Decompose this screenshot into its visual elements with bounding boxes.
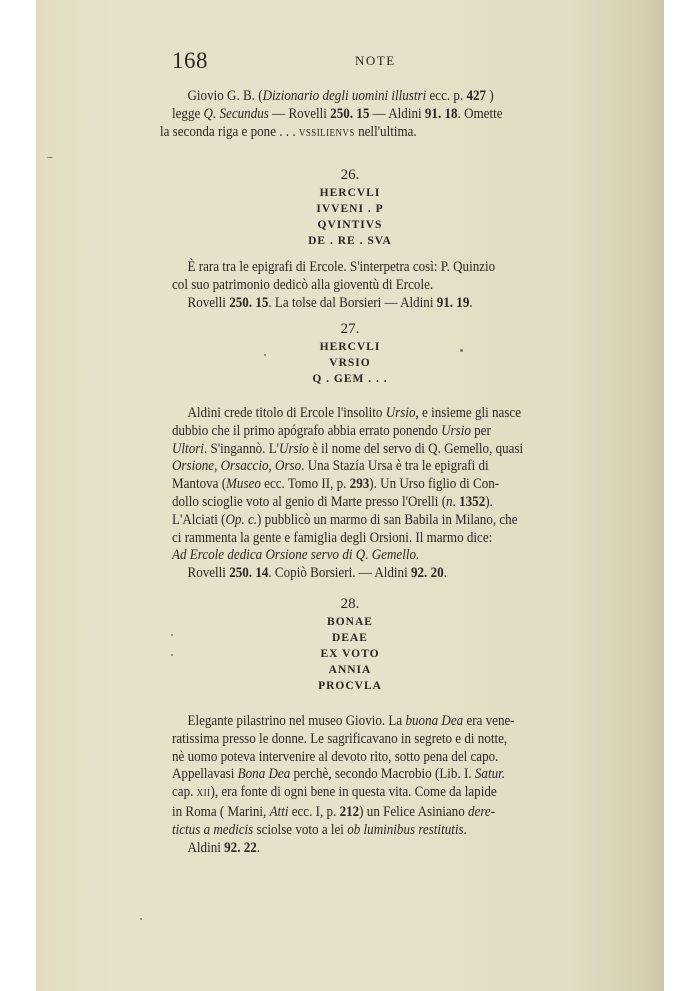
- bold-number: 1352: [459, 493, 485, 510]
- italic-text: buona Dea: [405, 712, 463, 729]
- inscription-26: 26.HERCVLIIVVENI . PQVINTIVSDE . RE . SV…: [0, 166, 700, 249]
- text-line: È rara tra le epigrafi di Ercole. S'inte…: [172, 258, 576, 276]
- text-run: Rovelli: [187, 564, 229, 581]
- text-line: ratissima presso le donne. Le sagrificav…: [172, 730, 576, 748]
- italic-text: ob luminibus restitutis: [347, 821, 463, 838]
- text-run: nè uomo poteva intervenire al devoto rit…: [172, 748, 498, 765]
- text-run: ), era fonte di ogni bene in questa vita…: [210, 783, 496, 800]
- text-run: Rovelli: [187, 294, 229, 311]
- inscription-line: ANNIA: [0, 662, 700, 678]
- italic-text: Atti: [270, 803, 289, 820]
- text-line: Elegante pilastrino nel museo Giovio. La…: [172, 712, 576, 730]
- text-run: .: [469, 294, 472, 311]
- bold-number: 91. 19: [437, 294, 470, 311]
- bold-number: 92. 22: [224, 839, 257, 856]
- text-run: sciolse voto a lei: [253, 821, 347, 838]
- text-run: ecc. p.: [426, 87, 466, 104]
- inscription-line: Q . GEM . . .: [0, 371, 700, 387]
- inscription-number: 26.: [0, 166, 700, 184]
- italic-text: dere-: [468, 803, 495, 820]
- text-line: Rovelli 250. 15. La tolse dal Borsieri —…: [172, 294, 576, 312]
- text-run: per: [471, 422, 491, 439]
- text-run: ecc. Tomo II, p.: [261, 475, 350, 492]
- bold-number: 427: [466, 87, 486, 104]
- text-line: tictus a medicis sciolse voto a lei ob l…: [172, 821, 576, 839]
- text-line: nè uomo poteva intervenire al devoto rit…: [172, 748, 576, 766]
- running-head: NOTE: [355, 53, 396, 69]
- text-run: Aldini: [187, 839, 224, 856]
- text-run: col suo patrimonio dedicò alla gioventù …: [172, 276, 433, 293]
- inscription-line: PROCVLA: [0, 678, 700, 694]
- text-line: Orsione, Orsaccio, Orso. Una Stazía Ursa…: [172, 457, 576, 475]
- text-run: ): [486, 87, 494, 104]
- text-run: .: [257, 839, 260, 856]
- text-run: Aldini crede titolo di Ercole l'insolito: [187, 404, 385, 421]
- text-run: Mantova (: [172, 475, 226, 492]
- bold-number: 293: [350, 475, 370, 492]
- text-run: cap.: [172, 783, 197, 800]
- italic-text: Satur.: [475, 765, 505, 782]
- page-header: 168 NOTE: [172, 48, 642, 78]
- italic-text: Op. c.: [225, 511, 257, 528]
- text-run: legge: [172, 105, 204, 122]
- bold-number: 92. 20: [411, 564, 444, 581]
- text-run: è il nome del servo di Q. Gemello, quasi: [309, 440, 523, 457]
- italic-text: Museo: [226, 475, 261, 492]
- text-line: legge Q. Secundus — Rovelli 250. 15 — Al…: [172, 105, 576, 123]
- inscription-line: IVVENI . P: [0, 201, 700, 217]
- text-line: col suo patrimonio dedicò alla gioventù …: [172, 276, 576, 294]
- text-line: L'Alciati (Op. c.) pubblicò un marmo di …: [172, 511, 576, 529]
- text-line: dubbio che il primo apógrafo abbia errat…: [172, 422, 576, 440]
- italic-text: tictus a medicis: [172, 821, 253, 838]
- text-run: . Omette: [458, 105, 503, 122]
- inscription-line: BONAE: [0, 614, 700, 630]
- commentary-26: È rara tra le epigrafi di Ercole. S'inte…: [172, 258, 576, 311]
- text-run: . Una Stazía Ursa è tra le epigrafi di: [301, 457, 489, 474]
- text-line: Ultori. S'ingannò. L'Ursio è il nome del…: [172, 440, 576, 458]
- bold-number: 250. 15: [330, 105, 369, 122]
- text-run: XII: [197, 788, 211, 799]
- text-run: dollo scioglie voto al genio di Marte pr…: [172, 493, 446, 510]
- text-run: ) un Felice Asiniano: [359, 803, 468, 820]
- italic-text: Bona Dea: [238, 765, 291, 782]
- ink-speck: [140, 918, 142, 920]
- text-run: ecc. I, p.: [288, 803, 339, 820]
- text-run: ).: [485, 493, 493, 510]
- text-line: Mantova (Museo ecc. Tomo II, p. 293). Un…: [172, 475, 576, 493]
- bold-number: 91. 18: [425, 105, 458, 122]
- text-line: cap. XII), era fonte di ogni bene in que…: [172, 783, 576, 803]
- text-run: — Aldini: [369, 105, 425, 122]
- text-line: in Roma ( Marini, Atti ecc. I, p. 212) u…: [172, 803, 576, 821]
- ink-speck: [460, 349, 463, 352]
- text-run: Elegante pilastrino nel museo Giovio. La: [187, 712, 405, 729]
- italic-text: Q. Secundus: [204, 105, 269, 122]
- inscription-line: EX VOTO: [0, 646, 700, 662]
- text-line: dollo scioglie voto al genio di Marte pr…: [172, 493, 576, 511]
- commentary-28: Elegante pilastrino nel museo Giovio. La…: [172, 712, 576, 856]
- text-run: ) pubblicò un marmo di san Babila in Mil…: [257, 511, 517, 528]
- margin-mark: [47, 157, 53, 158]
- text-run: VSSILIENVS: [299, 128, 355, 139]
- text-run: dubbio che il primo apógrafo abbia errat…: [172, 422, 441, 439]
- text-run: È rara tra le epigrafi di Ercole. S'inte…: [187, 258, 495, 275]
- text-run: Appellavasi: [172, 765, 238, 782]
- italic-text: Ursio: [279, 440, 309, 457]
- text-run: . S'ingannò. L': [204, 440, 279, 457]
- ink-speck: [264, 354, 266, 356]
- text-line: ci rammenta la gente e famiglia degli Or…: [172, 529, 576, 547]
- text-run: era vene-: [463, 712, 514, 729]
- italic-text: Ad Ercole dedica Orsione servo di Q. Gem…: [172, 546, 419, 563]
- text-run: . La tolse dal Borsieri — Aldini: [268, 294, 436, 311]
- text-line: Rovelli 250. 14. Copiò Borsieri. — Aldin…: [172, 564, 576, 582]
- commentary-27: Aldini crede titolo di Ercole l'insolito…: [172, 404, 576, 582]
- inscription-line: HERCVLI: [0, 185, 700, 201]
- bold-number: 212: [340, 803, 360, 820]
- ink-speck: [171, 634, 173, 636]
- bold-number: 250. 14: [229, 564, 268, 581]
- text-run: nell'ultima.: [355, 123, 417, 140]
- text-run: perchè, secondo Macrobio (Lib. I.: [290, 765, 475, 782]
- text-line: Appellavasi Bona Dea perchè, secondo Mac…: [172, 765, 576, 783]
- text-line: Aldini 92. 22.: [172, 839, 576, 857]
- bold-number: 250. 15: [229, 294, 268, 311]
- inscription-line: VRSIO: [0, 355, 700, 371]
- text-run: ). Un Urso figlio di Con-: [369, 475, 499, 492]
- ink-speck: [171, 654, 173, 656]
- inscription-line: HERCVLI: [0, 339, 700, 355]
- text-line: Ad Ercole dedica Orsione servo di Q. Gem…: [172, 546, 576, 564]
- italic-text: Orsione, Orsaccio, Orso: [172, 457, 301, 474]
- inscription-line: DEAE: [0, 630, 700, 646]
- text-run: in Roma ( Marini,: [172, 803, 270, 820]
- text-line: Aldini crede titolo di Ercole l'insolito…: [172, 404, 576, 422]
- inscription-number: 27.: [0, 320, 700, 338]
- text-run: L'Alciati (: [172, 511, 225, 528]
- page-number: 168: [172, 48, 208, 74]
- italic-text: Ursio: [441, 422, 471, 439]
- text-run: Giovio G. B. (: [187, 87, 262, 104]
- text-run: — Rovelli: [269, 105, 330, 122]
- text-run: .: [444, 564, 447, 581]
- italic-text: Ursio: [386, 404, 416, 421]
- inscription-line: DE . RE . SVA: [0, 233, 700, 249]
- text-line: Giovio G. B. (Dizionario degli uomini il…: [172, 87, 576, 105]
- text-run: la seconda riga e pone . . .: [160, 123, 299, 140]
- italic-text: Ultori: [172, 440, 204, 457]
- inscription-28: 28.BONAEDEAEEX VOTOANNIAPROCVLA: [0, 595, 700, 694]
- text-run: .: [464, 821, 467, 838]
- intro-paragraph: Giovio G. B. (Dizionario degli uomini il…: [172, 87, 576, 142]
- inscription-line: QVINTIVS: [0, 217, 700, 233]
- italic-text: Dizionario degli uomini illustri: [263, 87, 427, 104]
- inscription-number: 28.: [0, 595, 700, 613]
- text-run: . Copiò Borsieri. — Aldini: [268, 564, 411, 581]
- text-run: ci rammenta la gente e famiglia degli Or…: [172, 529, 492, 546]
- text-line: la seconda riga e pone . . . VSSILIENVS …: [160, 123, 576, 143]
- text-run: , e insieme gli nasce: [415, 404, 521, 421]
- text-run: ratissima presso le donne. Le sagrificav…: [172, 730, 507, 747]
- inscription-27: 27.HERCVLIVRSIOQ . GEM . . .: [0, 320, 700, 387]
